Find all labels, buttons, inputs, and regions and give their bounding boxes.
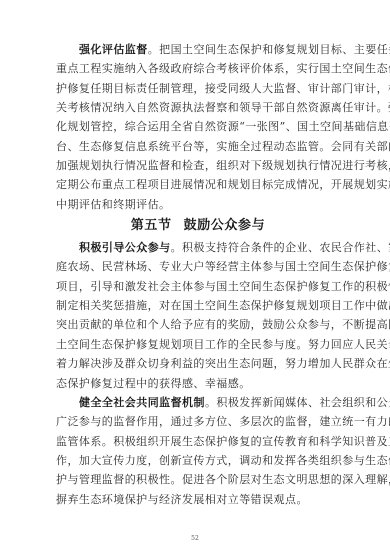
section-heading: 第五节鼓励公众参与 <box>56 214 334 238</box>
text-line: 化规划管控，综合运用全省自然资源“一张图”、国土空间基础信息平 <box>56 117 334 136</box>
paragraph-social-supervision: 健全全社会共同监督机制。积极发挥新闻媒体、社会组织和公众 广泛参与的监督作用，通… <box>56 393 334 509</box>
text-line: 土空间生态保护修复规划项目工作的全民参与度。努力回应人民关切， <box>56 335 334 354</box>
text-line: 加强规划执行情况监督和检查，组织对下级规划执行情况进行考核， <box>56 156 334 175</box>
text-line: 中期评估和终期评估。 <box>56 195 334 214</box>
page-body: 强化评估监督。把国土空间生态保护和修复规划目标、主要任务、 重点工程实施纳入各级… <box>56 40 334 509</box>
paragraph-lead: 健全全社会共同监督机制 <box>79 396 205 409</box>
page-number: 52 <box>0 535 390 542</box>
text-line: 监管体系。积极组织开展生态保护修复的宣传教育和科学知识普及工 <box>56 432 334 451</box>
text-line: 重点工程实施纳入各级政府综合考核评价体系，实行国土空间生态保 <box>56 59 334 78</box>
document-page: 强化评估监督。把国土空间生态保护和修复规划目标、主要任务、 重点工程实施纳入各级… <box>0 0 390 551</box>
text-line: 强化评估监督。把国土空间生态保护和修复规划目标、主要任务、 <box>56 40 334 59</box>
text-line: 作，加大宣传力度，创新宣传方式，调动和发挥各类组织参与生态保 <box>56 451 334 470</box>
text-line: 积极引导公众参与。积极支持符合条件的企业、农民合作社、家 <box>56 238 334 257</box>
text-line: 关考核情况纳入自然资源执法督察和领导干部自然资源离任审计。强 <box>56 98 334 117</box>
text-line: 制定相关奖惩措施，对在国土空间生态保护修复规划项目工作中做出 <box>56 296 334 315</box>
section-number: 第五节 <box>131 218 172 233</box>
text-line: 护修复任期目标责任制管理，接受同级人大监督、审计部门审计，相 <box>56 79 334 98</box>
text-line: 庭农场、民营林场、专业大户等经营主体参与国土空间生态保护修复 <box>56 257 334 276</box>
paragraph-public-participation: 积极引导公众参与。积极支持符合条件的企业、农民合作社、家 庭农场、民营林场、专业… <box>56 238 334 393</box>
paragraph-lead: 积极引导公众参与 <box>79 241 171 254</box>
text-line: 态保护修复过程中的获得感、幸福感。 <box>56 374 334 393</box>
text-line: 广泛参与的监督作用，通过多方位、多层次的监督，建立统一有力的 <box>56 412 334 431</box>
paragraph-strengthen-evaluation: 强化评估监督。把国土空间生态保护和修复规划目标、主要任务、 重点工程实施纳入各级… <box>56 40 334 214</box>
text-line: 健全全社会共同监督机制。积极发挥新闻媒体、社会组织和公众 <box>56 393 334 412</box>
line-text: 。把国土空间生态保护和修复规划目标、主要任务、 <box>148 43 390 56</box>
text-line: 着力解决涉及群众切身利益的突出生态问题，努力增加人民群众在生 <box>56 354 334 373</box>
paragraph-lead: 强化评估监督 <box>79 43 148 56</box>
text-line: 突出贡献的单位和个人给予应有的奖励，鼓励公众参与，不断提高国 <box>56 315 334 334</box>
text-line: 摒弃生态环境保护与经济发展相对立等错误观点。 <box>56 490 334 509</box>
line-text: 。积极发挥新闻媒体、社会组织和公众 <box>205 396 390 409</box>
line-text: 。积极支持符合条件的企业、农民合作社、家 <box>171 241 390 254</box>
text-line: 台、生态修复信息系统平台等，实施全过程动态监管。会同有关部门 <box>56 137 334 156</box>
text-line: 定期公布重点工程项目进展情况和规划目标完成情况，开展规划实施 <box>56 175 334 194</box>
section-title: 鼓励公众参与 <box>184 218 266 233</box>
text-line: 护与管理监督的积极性。促进各个阶层对生态文明思想的深入理解， <box>56 470 334 489</box>
text-line: 项目，引导和激发社会主体参与国土空间生态保护修复工作的积极性。 <box>56 277 334 296</box>
